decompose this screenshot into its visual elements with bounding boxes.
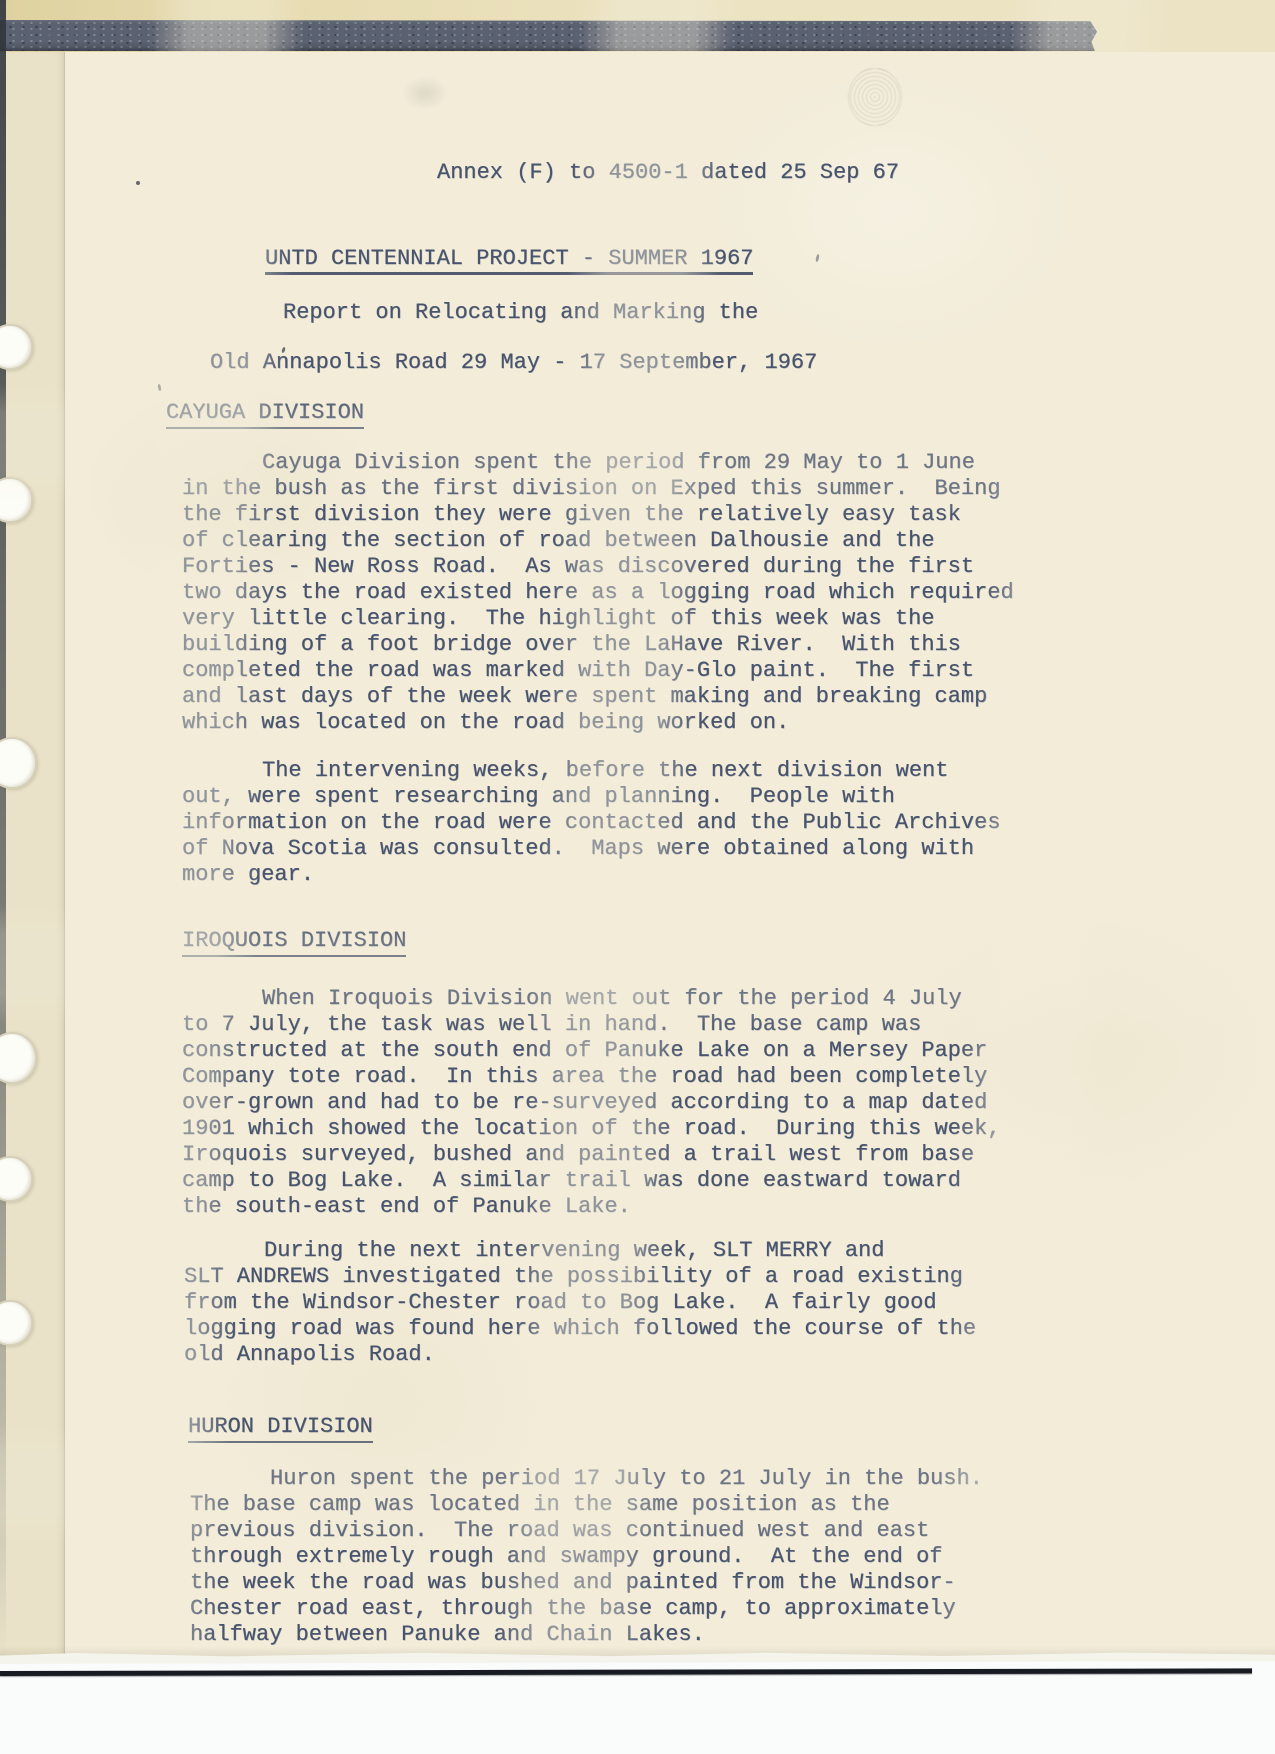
paragraph: Huron spent the period 17 July to 21 Jul… — [190, 1466, 983, 1648]
typed-line: of clearing the section of road between … — [182, 528, 1014, 554]
typed-line: During the next intervening week, SLT ME… — [184, 1238, 976, 1264]
typed-line: out, were spent researching and planning… — [182, 784, 1001, 810]
typed-line: information on the road were contacted a… — [182, 810, 1001, 836]
paragraph: During the next intervening week, SLT ME… — [184, 1238, 976, 1368]
typed-line: two days the road existed here as a logg… — [182, 580, 1014, 606]
paragraph: The intervening weeks, before the next d… — [182, 758, 1001, 888]
typed-line: to 7 July, the task was well in hand. Th… — [182, 1012, 1001, 1038]
typed-line: which was located on the road being work… — [182, 710, 1014, 736]
typed-line: the south-east end of Panuke Lake. — [182, 1194, 1001, 1220]
typed-line: and last days of the week were spent mak… — [182, 684, 1014, 710]
typed-line: from the Windsor-Chester road to Bog Lak… — [184, 1290, 976, 1316]
typed-line: When Iroquois Division went out for the … — [182, 986, 1001, 1012]
annex-reference-line: Annex (F) to 4500-1 dated 25 Sep 67 — [437, 160, 899, 186]
typed-line: completed the road was marked with Day-G… — [182, 658, 1014, 684]
typed-line: Cayuga Division spent the period from 29… — [182, 450, 1014, 476]
scanned-document-page: Annex (F) to 4500-1 dated 25 Sep 67 UNTD… — [0, 0, 1275, 1754]
typed-line: Forties - New Ross Road. As was discover… — [182, 554, 1014, 580]
typed-line: Chester road east, through the base camp… — [190, 1596, 983, 1622]
typed-line: camp to Bog Lake. A similar trail was do… — [182, 1168, 1001, 1194]
typed-line: Huron spent the period 17 July to 21 Jul… — [190, 1466, 983, 1492]
typed-line: Company tote road. In this area the road… — [182, 1064, 1001, 1090]
typed-line: 1901 which showed the location of the ro… — [182, 1116, 1001, 1142]
typed-line: the week the road was bushed and painted… — [190, 1570, 983, 1596]
typed-line: Iroquois surveyed, bushed and painted a … — [182, 1142, 1001, 1168]
typed-line: building of a foot bridge over the LaHav… — [182, 632, 1014, 658]
document-title-text: UNTD CENTENNIAL PROJECT - SUMMER 1967 — [265, 246, 753, 275]
typed-line: constructed at the south end of Panuke L… — [182, 1038, 1001, 1064]
section-heading-huron: HURON DIVISION — [188, 1414, 373, 1443]
section-heading-cayuga: CAYUGA DIVISION — [166, 400, 364, 429]
typed-line: very little clearing. The highlight of t… — [182, 606, 1014, 632]
typed-line: old Annapolis Road. — [184, 1342, 976, 1368]
typed-line: in the bush as the first division on Exp… — [182, 476, 1014, 502]
typed-line: The intervening weeks, before the next d… — [182, 758, 1001, 784]
typed-line: SLT ANDREWS investigated the possibility… — [184, 1264, 976, 1290]
typed-line: halfway between Panuke and Chain Lakes. — [190, 1622, 983, 1648]
typed-line: the first division they were given the r… — [182, 502, 1014, 528]
section-heading-iroquois: IROQUOIS DIVISION — [182, 928, 406, 957]
typed-line: through extremely rough and swampy groun… — [190, 1544, 983, 1570]
document-subtitle-line2: Old Annapolis Road 29 May - 17 September… — [210, 350, 817, 376]
typed-line: more gear. — [182, 862, 1001, 888]
typed-line: of Nova Scotia was consulted. Maps were … — [182, 836, 1001, 862]
typed-line: logging road was found here which follow… — [184, 1316, 976, 1342]
document-title: UNTD CENTENNIAL PROJECT - SUMMER 1967 — [265, 246, 753, 275]
typed-line: previous division. The road was continue… — [190, 1518, 983, 1544]
typed-text-layer: Annex (F) to 4500-1 dated 25 Sep 67 UNTD… — [0, 0, 1275, 1754]
document-subtitle-line1: Report on Relocating and Marking the — [283, 300, 758, 326]
typed-line: over-grown and had to be re-surveyed acc… — [182, 1090, 1001, 1116]
paragraph: When Iroquois Division went out for the … — [182, 986, 1001, 1220]
paragraph: Cayuga Division spent the period from 29… — [182, 450, 1014, 736]
typed-line: The base camp was located in the same po… — [190, 1492, 983, 1518]
